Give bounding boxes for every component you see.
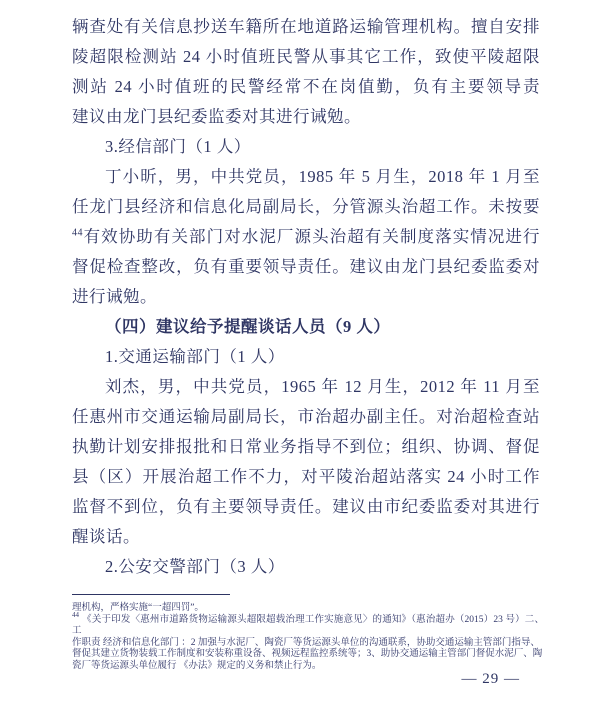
section-heading-four: （四）建议给予提醒谈话人员（9 人） bbox=[72, 312, 540, 342]
footnote-line: 44《关于印发〈惠州市道路货物运输源头超限超载治理工作实施意见〉的通知》（惠治超… bbox=[72, 615, 544, 638]
footnote-separator bbox=[72, 594, 230, 595]
footnote-line: 作职责 经济和信息化部门 ：2 加强与水泥厂、陶瓷厂等货运源头单位的沟通联系，协… bbox=[72, 638, 544, 650]
body-line: 监督不到位，负有主要领导责任。建议由市纪委监委对其进行提 bbox=[72, 492, 540, 522]
body-line: 44有效协助有关部门对水泥厂源头治超有关制度落实情况进行 bbox=[72, 222, 540, 252]
body-line: 任龙门县经济和信息化局副局长，分管源头治超工作。未按要求 bbox=[72, 192, 540, 222]
body-line: 陵超限检测站 24 小时值班民警从事其它工作，致使平陵超限检 bbox=[72, 42, 540, 72]
body-line: 执勤计划安排报批和日常业务指导不到位；组织、协调、督促各 bbox=[72, 432, 540, 462]
footnote-line: 理机构，严格实施“一超四罚”。 bbox=[72, 603, 544, 615]
section-heading-1: 1.交通运输部门（1 人） bbox=[72, 342, 540, 372]
footnote-line: 督促其建立货物装载工作制度和安装称重设备、视频远程监控系统等；3、助协交通运输主… bbox=[72, 649, 544, 661]
footnote-number: 44 bbox=[72, 611, 79, 619]
body-line-text: 有效协助有关部门对水泥厂源头治超有关制度落实情况进行 bbox=[83, 227, 540, 246]
body-line: 丁小昕，男，中共党员，1985 年 5 月生，2018 年 1 月至今 bbox=[72, 162, 540, 192]
footnote-text: 《关于印发〈惠州市道路货物运输源头超限超载治理工作实施意见〉的通知》（惠治超办（… bbox=[72, 615, 544, 637]
body-line: 辆查处有关信息抄送车籍所在地道路运输管理机构。擅自安排平 bbox=[72, 12, 540, 42]
page-number: — 29 — bbox=[462, 671, 521, 688]
body-line: 督促检查整改，负有重要领导责任。建议由龙门县纪委监委对其 bbox=[72, 252, 540, 282]
footnote-area: 理机构，严格实施“一超四罚”。 44《关于印发〈惠州市道路货物运输源头超限超载治… bbox=[72, 594, 544, 672]
body-line: 县（区）开展治超工作不力，对平陵治超站落实 24 小时工作制 bbox=[72, 462, 540, 492]
body-line: 建议由龙门县纪委监委对其进行诫勉。 bbox=[72, 102, 540, 132]
body-line: 任惠州市交通运输局副局长，市治超办副主任。对治超检查站的 bbox=[72, 402, 540, 432]
body-text: 辆查处有关信息抄送车籍所在地道路运输管理机构。擅自安排平 陵超限检测站 24 小… bbox=[72, 12, 540, 582]
body-line: 测站 24 小时值班的民警经常不在岗值勤，负有主要领导责任。 bbox=[72, 72, 540, 102]
body-line: 进行诫勉。 bbox=[72, 282, 540, 312]
section-heading-2: 2.公安交警部门（3 人） bbox=[72, 552, 540, 582]
footnote-ref-marker: 44 bbox=[72, 228, 83, 239]
body-line: 刘杰，男，中共党员，1965 年 12 月生，2012 年 11 月至今 bbox=[72, 372, 540, 402]
document-page: 辆查处有关信息抄送车籍所在地道路运输管理机构。擅自安排平 陵超限检测站 24 小… bbox=[0, 0, 605, 705]
section-heading-3: 3.经信部门（1 人） bbox=[72, 132, 540, 162]
body-line: 醒谈话。 bbox=[72, 522, 540, 552]
